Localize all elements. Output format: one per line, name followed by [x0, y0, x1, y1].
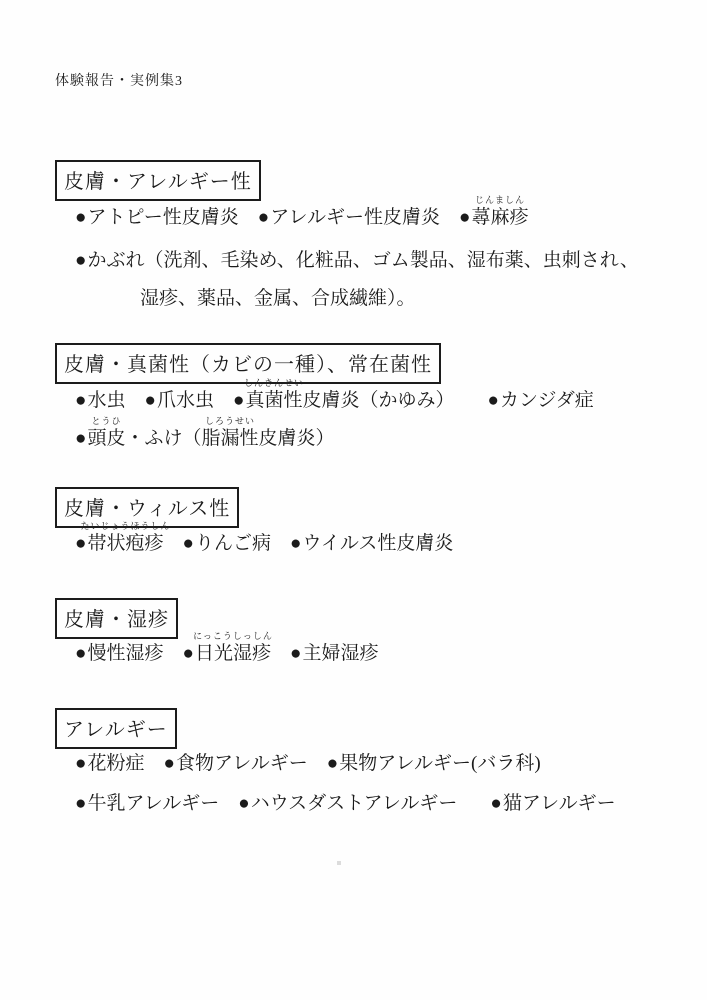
furigana-label: とうひ: [91, 417, 121, 426]
bullet-item: ●真菌性しんきんせい皮膚炎（かゆみ）: [233, 390, 455, 411]
item-label: 果物アレルギー(バラ科): [339, 753, 540, 774]
bullet-item: ●ウイルス性皮膚炎: [290, 533, 453, 554]
bullet-icon: ●: [75, 643, 86, 664]
bullet-item: ●蕁麻疹じんましん: [459, 207, 529, 228]
bullet-item: ●ハウスダストアレルギー: [238, 793, 457, 814]
item-label: 牛乳アレルギー: [87, 793, 219, 814]
furigana-label: しんきんせい: [244, 379, 304, 388]
bullet-icon: ●: [327, 753, 338, 774]
bullet-line: ●アトピー性皮膚炎●アレルギー性皮膚炎●蕁麻疹じんましん: [75, 206, 528, 230]
ruby-group: 蕁麻疹じんましん: [471, 206, 528, 230]
section-title-skin-allergy: 皮膚・アレルギー性: [55, 160, 261, 201]
bullet-icon: ●: [145, 390, 156, 411]
item-label: ・ふけ（: [126, 428, 202, 449]
ruby-group: 脂漏性しろうせい: [202, 427, 259, 451]
item-label: 日光湿疹: [195, 643, 271, 664]
bullet-icon: ●: [290, 643, 301, 664]
bullet-line: ●頭皮とうひ・ふけ（脂漏性しろうせい皮膚炎）: [75, 427, 335, 451]
bullet-item: ●水虫: [75, 390, 126, 411]
item-label: 猫アレルギー: [503, 793, 616, 814]
bullet-item: ●かぶれ（洗剤、毛染め、化粧品、ゴム製品、湿布薬、虫刺され、: [75, 250, 639, 271]
furigana-label: たいじょうほうしん: [80, 522, 170, 531]
bullet-item: ●主婦湿疹: [290, 643, 379, 664]
scan-artifact: [337, 861, 341, 865]
item-label: 主婦湿疹: [302, 643, 378, 664]
ruby-group: 頭皮とうひ: [87, 427, 125, 451]
bullet-item: ●牛乳アレルギー: [75, 793, 219, 814]
item-label: アレルギー性皮膚炎: [270, 207, 440, 228]
bullet-icon: ●: [75, 428, 86, 449]
bullet-item: ●爪水虫: [145, 390, 215, 411]
furigana-label: じんましん: [475, 196, 525, 205]
bullet-icon: ●: [183, 533, 194, 554]
bullet-icon: ●: [75, 250, 86, 271]
ruby-group: 日光湿疹にっこうしっしん: [195, 642, 271, 666]
ruby-group: 真菌性しんきんせい: [245, 389, 302, 413]
bullet-line: ●牛乳アレルギー●ハウスダストアレルギー●猫アレルギー: [75, 792, 616, 816]
item-label: りんご病: [195, 533, 271, 554]
bullet-icon: ●: [488, 390, 499, 411]
item-label: 水虫: [87, 390, 125, 411]
furigana-label: しろうせい: [205, 417, 255, 426]
bullet-icon: ●: [183, 643, 194, 664]
item-label: 慢性湿疹: [87, 643, 163, 664]
item-label: 脂漏性: [202, 428, 259, 449]
item-label: 食物アレルギー: [176, 753, 308, 774]
bullet-line: ●花粉症●食物アレルギー●果物アレルギー(バラ科): [75, 752, 541, 776]
bullet-item: ●帯状疱疹たいじょうほうしん: [75, 533, 164, 554]
item-label: 帯状疱疹: [87, 533, 163, 554]
bullet-icon: ●: [459, 207, 470, 228]
item-label: 真菌性: [245, 390, 302, 411]
bullet-icon: ●: [290, 533, 301, 554]
bullet-icon: ●: [233, 390, 244, 411]
bullet-item: ●慢性湿疹: [75, 643, 164, 664]
bullet-item: ●食物アレルギー: [164, 753, 308, 774]
bullet-icon: ●: [75, 533, 86, 554]
item-label: ハウスダストアレルギー: [251, 793, 458, 814]
bullet-item: ●カンジダ症: [488, 390, 594, 411]
item-label: 皮膚炎（かゆみ）: [303, 390, 455, 411]
item-label: 花粉症: [87, 753, 144, 774]
section-title-skin-eczema: 皮膚・湿疹: [55, 598, 178, 639]
bullet-item: ●アレルギー性皮膚炎: [258, 207, 440, 228]
item-label: 頭皮: [87, 428, 125, 449]
document-page: 体験報告・実例集3 皮膚・アレルギー性 ●アトピー性皮膚炎●アレルギー性皮膚炎●…: [0, 0, 707, 1000]
item-label: 湿疹、薬品、金属、合成繊維）。: [140, 288, 416, 309]
bullet-icon: ●: [75, 793, 86, 814]
bullet-item: ●猫アレルギー: [490, 793, 615, 814]
bullet-icon: ●: [75, 207, 86, 228]
bullet-item: ●果物アレルギー(バラ科): [327, 753, 541, 774]
item-label: 爪水虫: [157, 390, 214, 411]
bullet-item: ●日光湿疹にっこうしっしん: [183, 643, 272, 664]
bullet-line: ●水虫●爪水虫●真菌性しんきんせい皮膚炎（かゆみ）●カンジダ症: [75, 389, 594, 413]
item-label: カンジダ症: [500, 390, 594, 411]
bullet-icon: ●: [258, 207, 269, 228]
item-label: 蕁麻疹: [471, 207, 528, 228]
section-title-allergy: アレルギー: [55, 708, 177, 749]
item-label: ウイルス性皮膚炎: [302, 533, 453, 554]
bullet-item: ●頭皮とうひ・ふけ（脂漏性しろうせい皮膚炎）: [75, 428, 335, 449]
bullet-icon: ●: [75, 390, 86, 411]
bullet-icon: ●: [164, 753, 175, 774]
bullet-icon: ●: [75, 753, 86, 774]
furigana-label: にっこうしっしん: [193, 632, 273, 641]
bullet-line: ●慢性湿疹●日光湿疹にっこうしっしん●主婦湿疹: [75, 642, 379, 666]
bullet-line: ●帯状疱疹たいじょうほうしん●りんご病●ウイルス性皮膚炎: [75, 532, 453, 556]
continuation-line: 湿疹、薬品、金属、合成繊維）。: [140, 287, 416, 311]
bullet-icon: ●: [238, 793, 249, 814]
bullet-line: ●かぶれ（洗剤、毛染め、化粧品、ゴム製品、湿布薬、虫刺され、: [75, 249, 639, 273]
item-label: アトピー性皮膚炎: [87, 207, 238, 228]
bullet-item: ●花粉症: [75, 753, 145, 774]
ruby-group: 帯状疱疹たいじょうほうしん: [87, 532, 163, 556]
bullet-item: ●アトピー性皮膚炎: [75, 207, 239, 228]
item-label: かぶれ（洗剤、毛染め、化粧品、ゴム製品、湿布薬、虫刺され、: [87, 250, 638, 271]
bullet-item: ●りんご病: [183, 533, 272, 554]
item-label: 皮膚炎）: [259, 428, 335, 449]
page-title: 体験報告・実例集3: [55, 70, 183, 90]
bullet-icon: ●: [490, 793, 501, 814]
